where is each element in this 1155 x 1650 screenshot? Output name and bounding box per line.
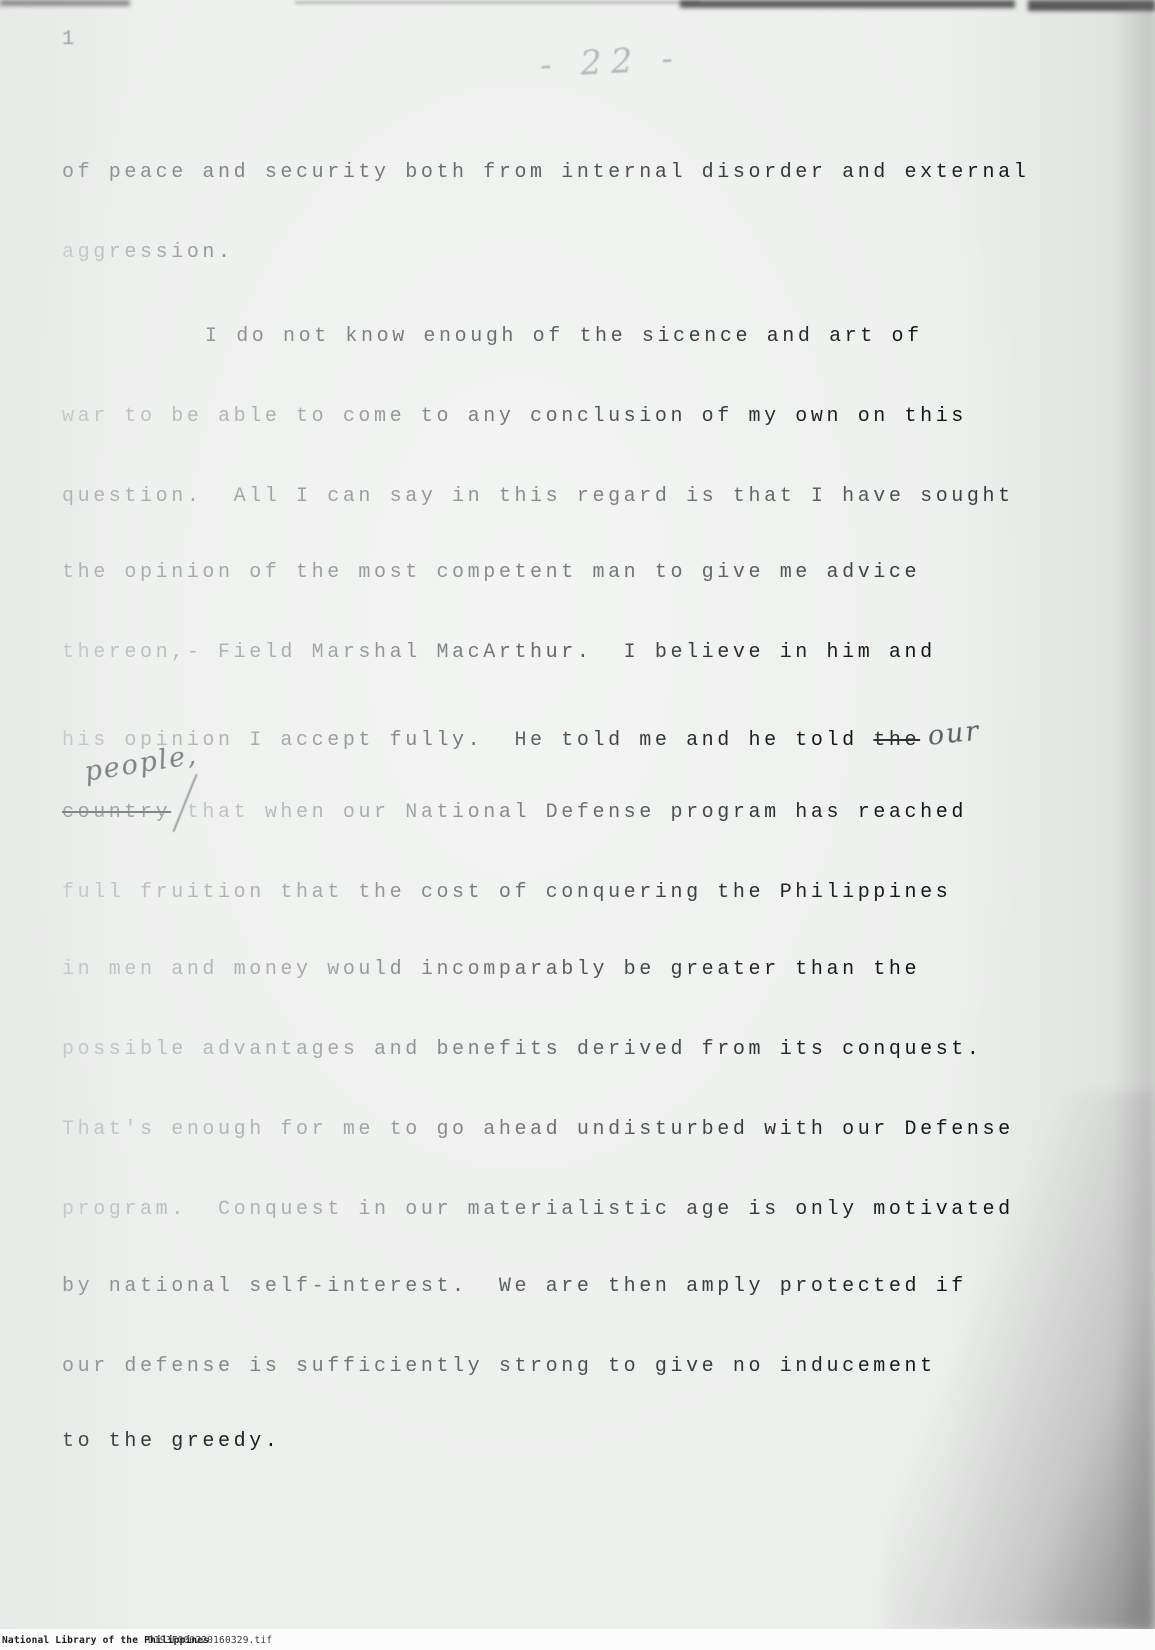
typed-text: possible advantages and benefits derived… — [62, 1038, 983, 1061]
scan-edge-artifact — [680, 0, 1015, 8]
scanned-document-page: 1 - 22 - of peace and security both from… — [0, 0, 1155, 1650]
typed-line: to the greedy. — [62, 1432, 280, 1452]
struck-word: the — [873, 729, 920, 752]
typed-line: by national self-interest. We are then a… — [62, 1277, 967, 1297]
typed-text: the opinion of the most competent man to… — [62, 561, 920, 584]
scan-edge-artifact — [295, 1, 700, 4]
typed-line: possible advantages and benefits derived… — [62, 1040, 983, 1060]
typed-text: thereon,- Field Marshal MacArthur. I bel… — [62, 641, 936, 664]
handwritten-word-our: our — [927, 717, 982, 749]
typed-text: by national self-interest. We are then a… — [62, 1275, 967, 1298]
typed-text: war to be able to come to any conclusion… — [62, 405, 967, 428]
digitization-footer: National Library of the Philippines D193… — [0, 1629, 1155, 1650]
typed-text: of peace and security both from internal… — [62, 161, 1029, 184]
typed-line: thereon,- Field Marshal MacArthur. I bel… — [62, 643, 936, 663]
typed-text: that when our National Defense program h… — [171, 801, 967, 824]
struck-word: country — [62, 801, 171, 824]
handwritten-page-number: - 22 - — [539, 38, 683, 85]
typed-text: question. All I can say in this regard i… — [62, 485, 1014, 508]
typed-text: I do not know enough of the sicence and … — [205, 325, 923, 348]
typed-line: in men and money would incomparably be g… — [62, 960, 920, 980]
typed-line-with-correction: country that when our National Defense p… — [62, 803, 967, 823]
typed-line: I do not know enough of the sicence and … — [205, 327, 923, 347]
footer-filename: D193F000220160329.tif — [148, 1635, 272, 1646]
typed-line: question. All I can say in this regard i… — [62, 487, 1014, 507]
typed-text: in men and money would incomparably be g… — [62, 958, 920, 981]
scan-edge-artifact — [1028, 0, 1155, 11]
typed-text: aggression. — [62, 241, 234, 264]
typed-line: our defense is sufficiently strong to gi… — [62, 1357, 936, 1377]
typed-corner-number: 1 — [62, 28, 74, 51]
typed-text: full fruition that the cost of conquerin… — [62, 881, 951, 904]
typed-line: war to be able to come to any conclusion… — [62, 407, 967, 427]
typed-line: of peace and security both from internal… — [62, 163, 1029, 183]
typed-line: the opinion of the most competent man to… — [62, 563, 920, 583]
scan-edge-artifact — [0, 0, 130, 6]
page-edge-shadow — [1113, 0, 1155, 1650]
typed-text: That's enough for me to go ahead undistu… — [62, 1118, 1014, 1141]
typed-line-with-correction: his opinion I accept fully. He told me a… — [62, 723, 981, 751]
typed-line: That's enough for me to go ahead undistu… — [62, 1120, 1014, 1140]
typed-text: to the greedy. — [62, 1430, 280, 1453]
typed-line: program. Conquest in our materialistic a… — [62, 1200, 1014, 1220]
typed-text: program. Conquest in our materialistic a… — [62, 1198, 1014, 1221]
typed-text: our defense is sufficiently strong to gi… — [62, 1355, 936, 1378]
typed-line: aggression. — [62, 243, 234, 263]
typed-line: full fruition that the cost of conquerin… — [62, 883, 951, 903]
